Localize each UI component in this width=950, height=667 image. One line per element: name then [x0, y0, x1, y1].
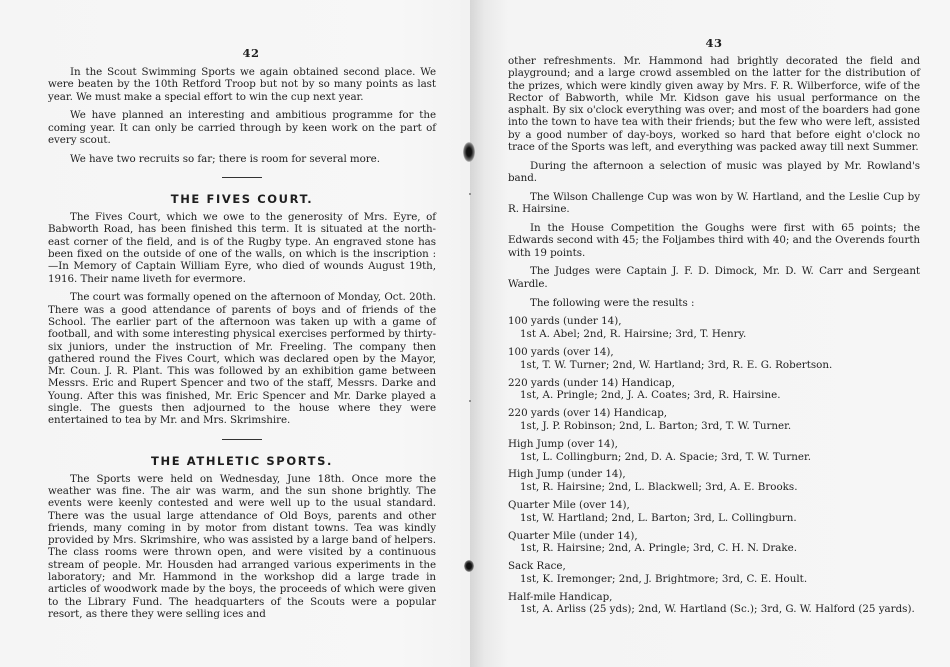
- body-paragraph: In the House Competition the Goughs were…: [508, 222, 920, 259]
- fives-court-paragraph: The Fives Court, which we owe to the gen…: [48, 211, 436, 285]
- page-number: 43: [508, 36, 920, 50]
- body-paragraph: The Judges were Captain J. F. D. Dimock,…: [508, 265, 920, 290]
- result-placings: 1st A. Abel; 2nd, R. Hairsine; 3rd, T. H…: [508, 328, 920, 341]
- body-paragraph: During the afternoon a selection of musi…: [508, 160, 920, 185]
- result-placings: 1st, K. Iremonger; 2nd, J. Brightmore; 3…: [508, 573, 920, 586]
- result-event: Quarter Mile (under 14),: [508, 530, 920, 543]
- left-page: 42 In the Scout Swimming Sports we again…: [0, 0, 470, 667]
- result-event: High Jump (under 14),: [508, 468, 920, 481]
- section-heading-fives-court: THE FIVES COURT.: [48, 192, 436, 206]
- result-event: 100 yards (over 14),: [508, 346, 920, 359]
- result-placings: 1st, A. Pringle; 2nd, J. A. Coates; 3rd,…: [508, 389, 920, 402]
- result-event: High Jump (over 14),: [508, 438, 920, 451]
- book-spread: 42 In the Scout Swimming Sports we again…: [0, 0, 950, 667]
- result-event: Sack Race,: [508, 560, 920, 573]
- result-event: Quarter Mile (over 14),: [508, 499, 920, 512]
- result-placings: 1st, R. Hairsine; 2nd, L. Blackwell; 3rd…: [508, 481, 920, 494]
- result-event: 220 yards (under 14) Handicap,: [508, 377, 920, 390]
- athletic-sports-paragraph: The Sports were held on Wednesday, June …: [48, 473, 436, 621]
- result-event: Half-mile Handicap,: [508, 591, 920, 604]
- body-paragraph: The Wilson Challenge Cup was won by W. H…: [508, 191, 920, 216]
- scout-paragraph: We have two recruits so far; there is ro…: [48, 153, 436, 165]
- section-heading-athletic-sports: THE ATHLETIC SPORTS.: [48, 454, 436, 468]
- result-item: High Jump (over 14), 1st, L. Collingburn…: [508, 438, 920, 464]
- result-item: Half-mile Handicap, 1st, A. Arliss (25 y…: [508, 591, 920, 617]
- speck: [469, 400, 471, 402]
- fives-court-paragraph: The court was formally opened on the aft…: [48, 291, 436, 426]
- result-placings: 1st, R. Hairsine; 2nd, A. Pringle; 3rd, …: [508, 542, 920, 555]
- result-placings: 1st, J. P. Robinson; 2nd, L. Barton; 3rd…: [508, 420, 920, 433]
- results-list: 100 yards (under 14), 1st A. Abel; 2nd, …: [508, 315, 920, 616]
- scout-paragraph: In the Scout Swimming Sports we again ob…: [48, 66, 436, 103]
- body-paragraph: other refreshments. Mr. Hammond had brig…: [508, 55, 920, 153]
- result-item: 220 yards (over 14) Handicap, 1st, J. P.…: [508, 407, 920, 433]
- result-item: 100 yards (over 14), 1st, T. W. Turner; …: [508, 346, 920, 372]
- page-number: 42: [48, 46, 436, 60]
- result-event: 100 yards (under 14),: [508, 315, 920, 328]
- result-placings: 1st, T. W. Turner; 2nd, W. Hartland; 3rd…: [508, 359, 920, 372]
- result-item: Sack Race, 1st, K. Iremonger; 2nd, J. Br…: [508, 560, 920, 586]
- body-paragraph: The following were the results :: [508, 297, 920, 309]
- speck: [469, 193, 471, 195]
- result-placings: 1st, A. Arliss (25 yds); 2nd, W. Hartlan…: [508, 603, 920, 616]
- result-placings: 1st, L. Collingburn; 2nd, D. A. Spacie; …: [508, 451, 920, 464]
- scout-paragraph: We have planned an interesting and ambit…: [48, 109, 436, 146]
- result-item: 220 yards (under 14) Handicap, 1st, A. P…: [508, 377, 920, 403]
- result-item: Quarter Mile (over 14), 1st, W. Hartland…: [508, 499, 920, 525]
- result-item: High Jump (under 14), 1st, R. Hairsine; …: [508, 468, 920, 494]
- staple-mark-top: [463, 142, 475, 162]
- staple-mark-bottom: [464, 560, 474, 572]
- right-page: 43 other refreshments. Mr. Hammond had b…: [470, 0, 950, 667]
- section-divider: [222, 177, 262, 178]
- section-divider: [222, 439, 262, 440]
- result-placings: 1st, W. Hartland; 2nd, L. Barton; 3rd, L…: [508, 512, 920, 525]
- result-event: 220 yards (over 14) Handicap,: [508, 407, 920, 420]
- result-item: 100 yards (under 14), 1st A. Abel; 2nd, …: [508, 315, 920, 341]
- result-item: Quarter Mile (under 14), 1st, R. Hairsin…: [508, 530, 920, 556]
